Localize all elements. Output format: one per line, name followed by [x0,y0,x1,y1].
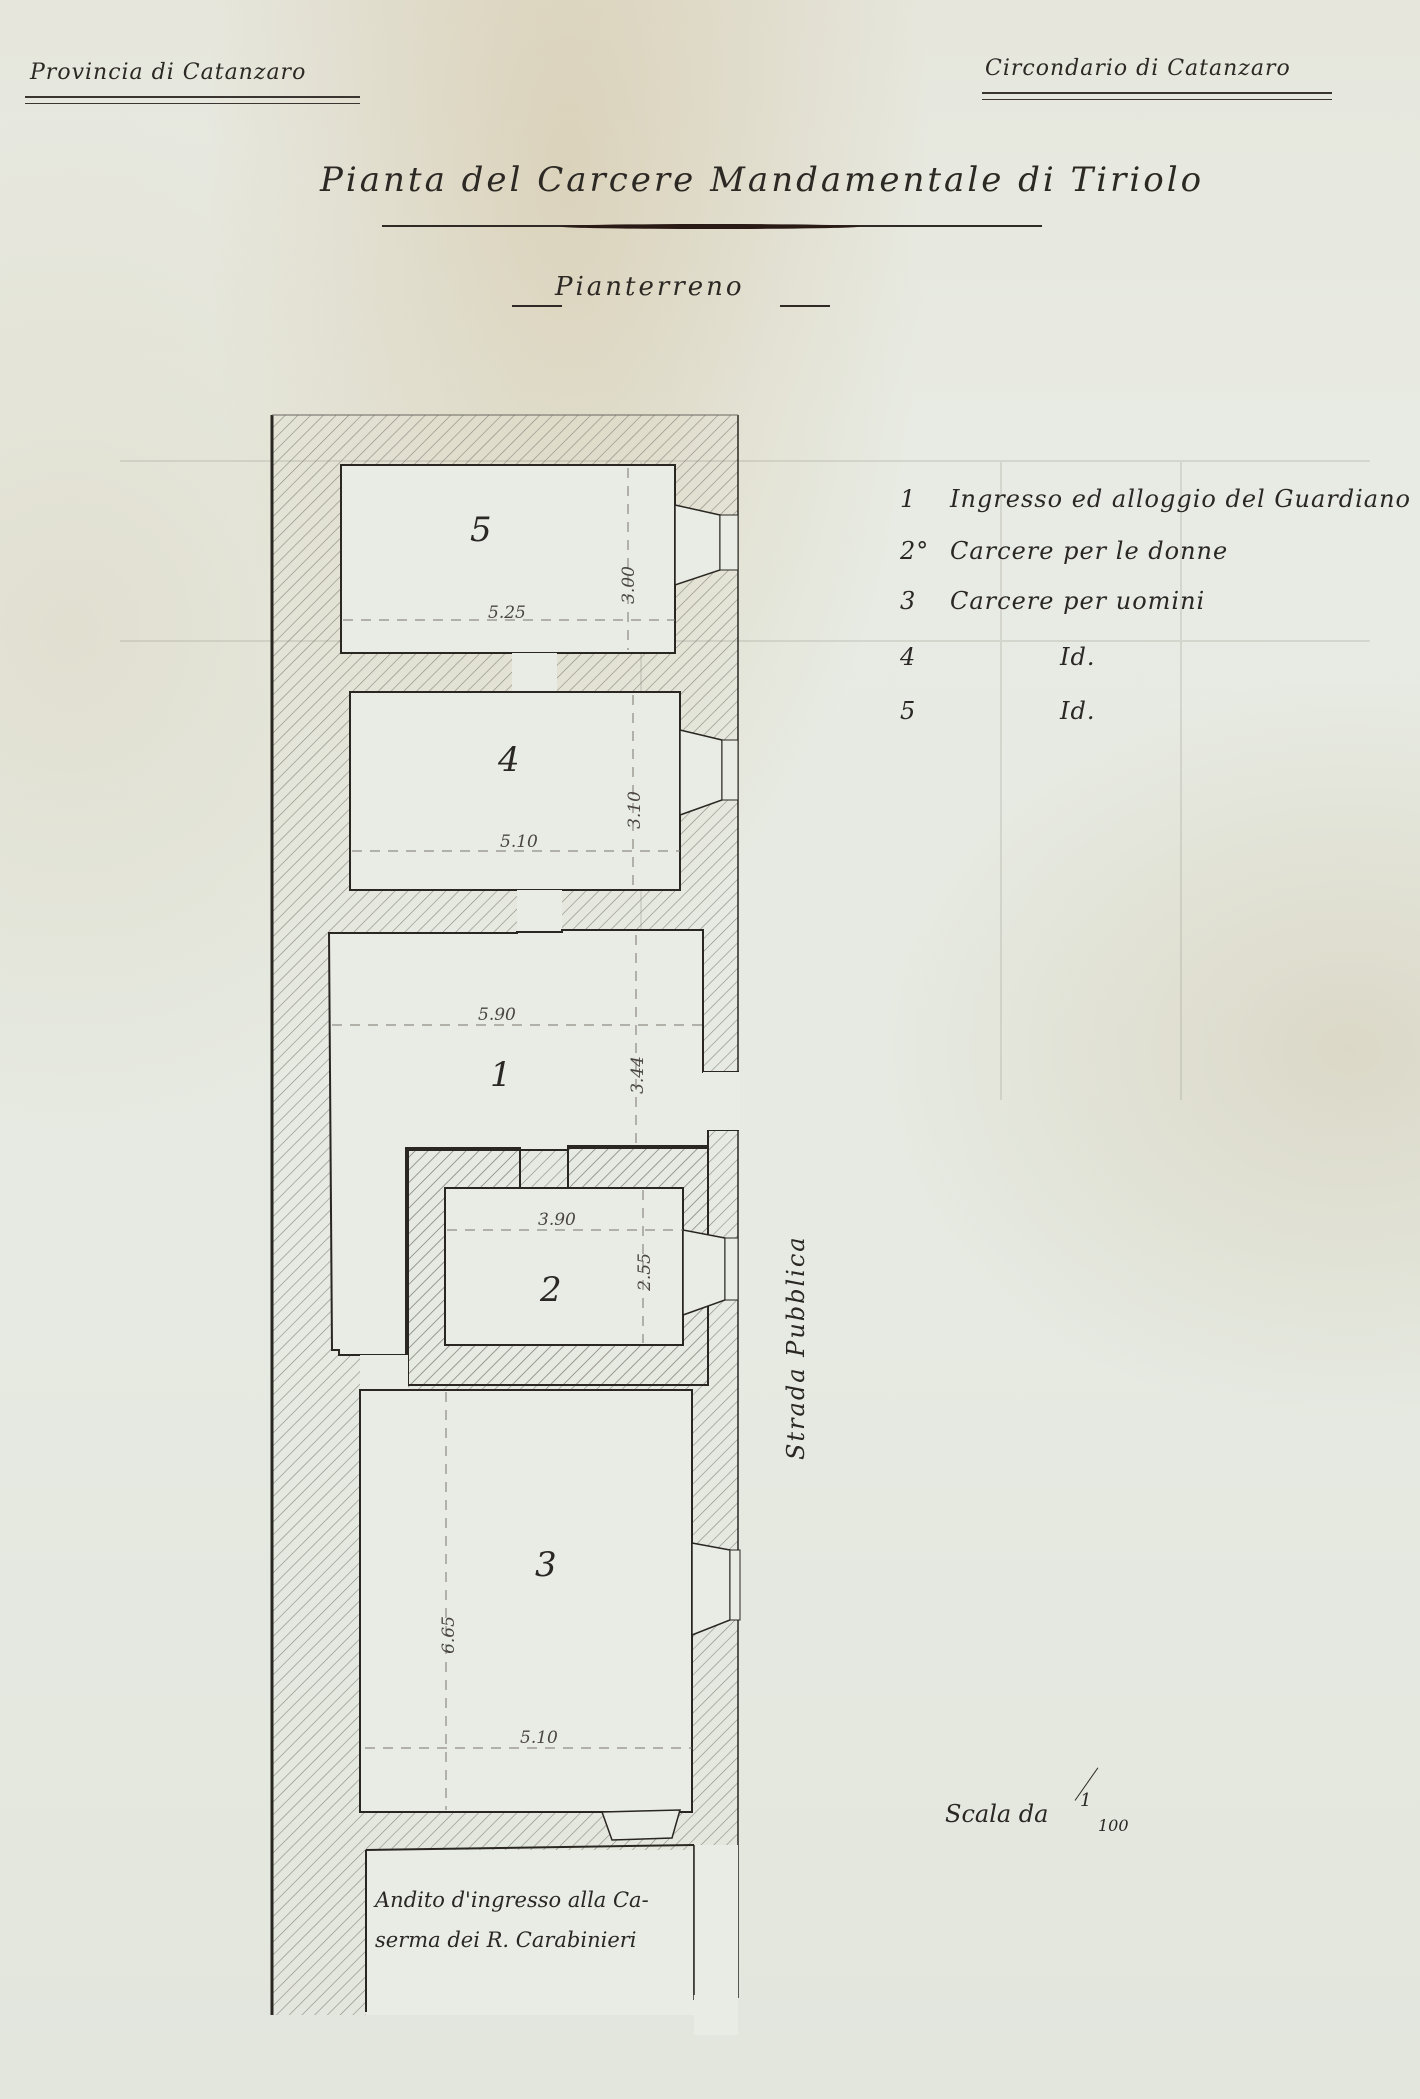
legend-number: 3 [900,587,950,615]
legend-number: 5 [900,697,950,725]
room-2-label: 2 [540,1270,562,1310]
legend-item: 4Id. [900,643,1095,671]
room-3-width-dim: 5.10 [520,1728,558,1748]
room-5-depth-dim: 3.00 [619,566,639,604]
corridor-label: Andito d'ingresso alla Ca- serma dei R. … [375,1880,649,1960]
room-3 [360,1390,740,1840]
street-label: Strada Pubblica [782,1235,810,1460]
floor-plan [0,0,1420,2099]
room-2-depth-dim: 2.55 [635,1253,655,1291]
room-3-depth-dim: 6.65 [439,1616,459,1654]
room-5-label: 5 [470,510,492,550]
legend-label: Id. [950,643,1095,671]
room-1-label: 1 [490,1055,512,1095]
corridor-label-line1: Andito d'ingresso alla Ca- [375,1880,649,1920]
room-4-depth-dim: 3.10 [625,791,645,829]
room-1-depth-dim: 3.44 [628,1056,648,1094]
room-3-label: 3 [535,1545,557,1585]
scale-label: Scala da [945,1800,1048,1828]
legend-item: 5Id. [900,697,1095,725]
scale-denominator: 100 [1098,1816,1129,1835]
legend-item: 2°Carcere per le donne [900,537,1228,565]
room-2-width-dim: 3.90 [538,1210,576,1230]
legend-item: 1Ingresso ed alloggio del Guardiano [900,485,1411,513]
legend-label: Carcere per uomini [950,587,1205,615]
legend-item: 3Carcere per uomini [900,587,1205,615]
legend-label: Id. [950,697,1095,725]
corridor-label-line2: serma dei R. Carabinieri [375,1920,649,1960]
legend-number: 1 [900,485,950,513]
room-4-width-dim: 5.10 [500,832,538,852]
room-5-width-dim: 5.25 [488,603,526,623]
legend-number: 2° [900,537,950,565]
scale-fraction: 1 100 [1080,1790,1091,1811]
room-1-width-dim: 5.90 [478,1005,516,1025]
legend-label: Carcere per le donne [950,537,1228,565]
legend-number: 4 [900,643,950,671]
legend-label: Ingresso ed alloggio del Guardiano [950,485,1411,513]
room-4 [350,692,738,890]
scale-numerator: 1 [1080,1790,1091,1811]
room-4-label: 4 [498,740,520,780]
